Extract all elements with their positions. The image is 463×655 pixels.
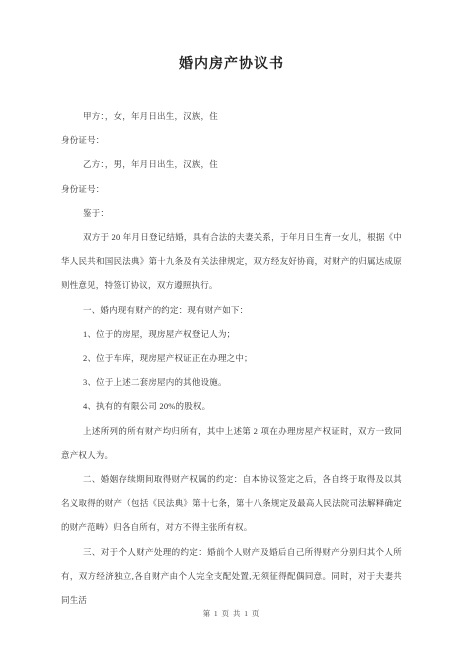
- document-page: 婚内房产协议书 甲方：，女，年月日出生，汉族，住 身份证号： 乙方：，男，年月日…: [0, 0, 463, 655]
- section-1-heading: 一、婚内现有财产的约定：现有财产如下：: [61, 298, 402, 322]
- whereas-line: 鉴于：: [61, 201, 402, 225]
- party-a-id-line: 身份证号：: [61, 128, 402, 152]
- page-number-footer: 第 1 页 共 1 页: [0, 608, 463, 619]
- asset-item-3: 3、位于上述二套房屋内的其他设施。: [61, 370, 402, 394]
- asset-item-2: 2、位于车库，现房屋产权证正在办理之中；: [61, 346, 402, 370]
- section-2-paragraph: 二、婚姻存续期间取得财产权属的约定：自本协议签定之后，各自终于取得及以其名义取得…: [61, 467, 402, 540]
- ownership-paragraph: 上述所列的所有财产均归所有，其中上述第 2 项在办理房屋产权证时，双方一致同意产…: [61, 419, 402, 467]
- party-b-id-line: 身份证号：: [61, 177, 402, 201]
- asset-item-4: 4、执有的有限公司 20%的股权。: [61, 394, 402, 418]
- document-title: 婚内房产协议书: [61, 56, 402, 74]
- party-b-line: 乙方：，男，年月日出生，汉族，住: [61, 152, 402, 176]
- recital-paragraph: 双方于 20 年月日登记结婚，具有合法的夫妻关系，于年月日生育一女儿，根据《中华…: [61, 225, 402, 298]
- section-3-paragraph: 三、对于个人财产处理的约定：婚前个人财产及婚后自己所得财产分别归其个人所有，双方…: [61, 540, 402, 613]
- asset-item-1: 1、位于的房屋，现房屋产权登记人为；: [61, 322, 402, 346]
- party-a-line: 甲方：，女，年月日出生，汉族，住: [61, 104, 402, 128]
